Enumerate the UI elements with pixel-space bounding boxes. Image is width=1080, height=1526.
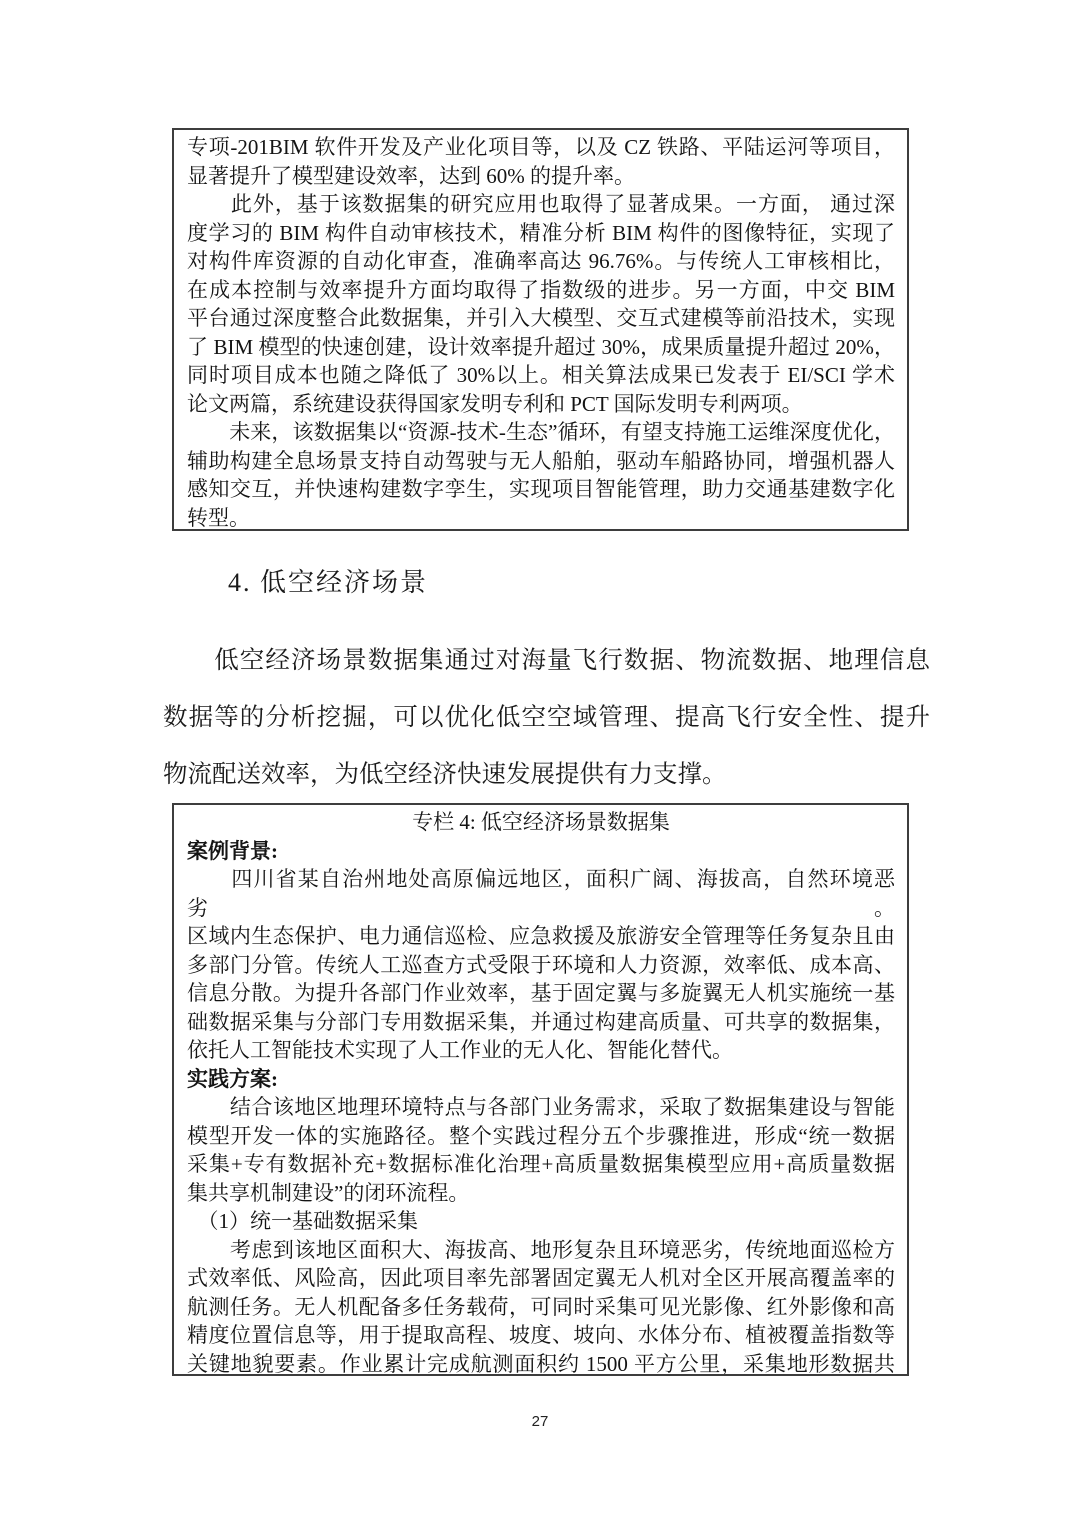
text-line: 集共享机制建设”的闭环流程。 xyxy=(187,1179,895,1208)
text-line: 考虑到该地区面积大、海拔高、地形复杂且环境恶劣，传统地面巡检方 xyxy=(187,1236,895,1265)
text-line: 案例背景: xyxy=(187,837,895,866)
intro-paragraph: 低空经济场景数据集通过对海量飞行数据、物流数据、地理信息数据等的分析挖掘，可以优… xyxy=(163,632,930,803)
case-box-bim-continued: 专项-201BIM 软件开发及产业化项目等，以及 CZ 铁路、平陆运河等项目，显… xyxy=(172,128,909,531)
text-line: 显著提升了模型建设效率，达到 60% 的提升率。 xyxy=(187,162,895,191)
section-heading: 4. 低空经济场景 xyxy=(228,562,428,599)
text-line: 转型。 xyxy=(187,504,895,532)
text-line: 低空经济场景数据集通过对海量飞行数据、物流数据、地理信息 xyxy=(163,632,930,689)
text-line: 采集+专有数据补充+数据标准化治理+高质量数据集模型应用+高质量数据 xyxy=(187,1150,895,1179)
text-line: 感知交互，并快速构建数字孪生，实现项目智能管理，助力交通基建数字化 xyxy=(187,475,895,504)
text-line: 航测任务。无人机配备多任务载荷，可同时采集可见光影像、红外影像和高 xyxy=(187,1293,895,1322)
text-line: 实践方案: xyxy=(187,1065,895,1094)
text-line: 度学习的 BIM 构件自动审核技术，精准分析 BIM 构件的图像特征，实现了 xyxy=(187,219,895,248)
text-line: 关键地貌要素。作业累计完成航测面积约 1500 平方公里，采集地形数据共 xyxy=(187,1350,895,1377)
text-line: 此外，基于该数据集的研究应用也取得了显著成果。一方面， 通过深 xyxy=(187,190,895,219)
text-line: 在成本控制与效率提升方面均取得了指数级的进步。另一方面，中交 BIM xyxy=(187,276,895,305)
text-line: （1）统一基础数据采集 xyxy=(187,1207,895,1236)
text-line: 专项-201BIM 软件开发及产业化项目等，以及 CZ 铁路、平陆运河等项目， xyxy=(187,133,895,162)
text-line: 论文两篇，系统建设获得国家发明专利和 PCT 国际发明专利两项。 xyxy=(187,390,895,419)
page-number: 27 xyxy=(0,1413,1080,1430)
text-line: 模型开发一体的实施路径。整个实践过程分五个步骤推进，形成“统一数据 xyxy=(187,1122,895,1151)
text-line: 未来，该数据集以“资源-技术-生态”循环，有望支持施工运维深度优化， xyxy=(187,418,895,447)
case-box-title: 专栏 4: 低空经济场景数据集 xyxy=(187,808,895,837)
text-line: 础数据采集与分部门专用数据采集，并通过构建高质量、可共享的数据集， xyxy=(187,1008,895,1037)
document-page: { "box1": { "lines": [ {"text": "专项-201B… xyxy=(0,0,1080,1526)
text-line: 四川省某自治州地处高原偏远地区，面积广阔、海拔高，自然环境恶劣。 xyxy=(187,865,895,922)
text-line: 式效率低、风险高，因此项目率先部署固定翼无人机对全区开展高覆盖率的 xyxy=(187,1264,895,1293)
case-box-body: 案例背景: 四川省某自治州地处高原偏远地区，面积广阔、海拔高，自然环境恶劣。区域… xyxy=(187,837,895,1377)
text-line: 对构件库资源的自动化审查，准确率高达 96.76%。与传统人工审核相比， xyxy=(187,247,895,276)
text-line: 平台通过深度整合此数据集，并引入大模型、交互式建模等前沿技术，实现 xyxy=(187,304,895,333)
text-line: 结合该地区地理环境特点与各部门业务需求，采取了数据集建设与智能 xyxy=(187,1093,895,1122)
text-line: 信息分散。为提升各部门作业效率，基于固定翼与多旋翼无人机实施统一基 xyxy=(187,979,895,1008)
text-line: 了 BIM 模型的快速创建，设计效率提升超过 30%，成果质量提升超过 20%， xyxy=(187,333,895,362)
text-line: 依托人工智能技术实现了人工作业的无人化、智能化替代。 xyxy=(187,1036,895,1065)
case-box-low-altitude-economy: 专栏 4: 低空经济场景数据集 案例背景: 四川省某自治州地处高原偏远地区，面积… xyxy=(172,803,909,1376)
text-line: 数据等的分析挖掘，可以优化低空空域管理、提高飞行安全性、提升 xyxy=(163,689,930,746)
text-line: 物流配送效率，为低空经济快速发展提供有力支撑。 xyxy=(163,746,930,803)
text-line: 同时项目成本也随之降低了 30%以上。相关算法成果已发表于 EI/SCI 学术 xyxy=(187,361,895,390)
text-line: 精度位置信息等，用于提取高程、坡度、坡向、水体分布、植被覆盖指数等 xyxy=(187,1321,895,1350)
text-line: 辅助构建全息场景支持自动驾驶与无人船舶，驱动车船路协同，增强机器人 xyxy=(187,447,895,476)
text-line: 多部门分管。传统人工巡查方式受限于环境和人力资源，效率低、成本高、 xyxy=(187,951,895,980)
text-line: 区域内生态保护、电力通信巡检、应急救援及旅游安全管理等任务复杂且由 xyxy=(187,922,895,951)
